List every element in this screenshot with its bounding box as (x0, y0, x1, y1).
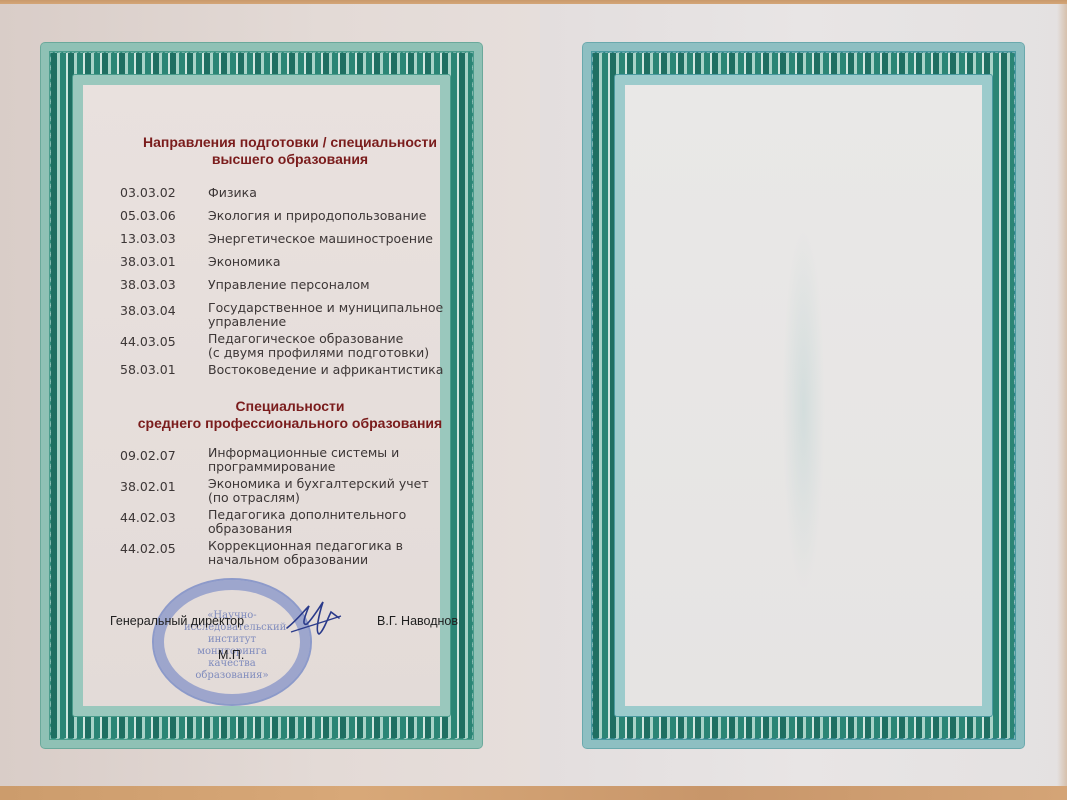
specialty-name: Управление персоналом (208, 278, 458, 292)
signatory-position: Генеральный директор (110, 614, 244, 628)
higher-education-heading: Направления подготовки / специальности в… (100, 134, 480, 168)
specialty-code: 38.03.03 (120, 278, 208, 292)
specialty-row: 44.02.05Коррекционная педагогика вначаль… (120, 539, 458, 567)
specialty-name-line: Государственное и муниципальное (208, 301, 458, 315)
specialty-code: 09.02.07 (120, 446, 208, 474)
specialty-name: Педагогика дополнительногообразования (208, 508, 458, 536)
specialty-name-line: Коррекционная педагогика в (208, 539, 458, 553)
specialty-name: Экономика (208, 255, 458, 269)
stamp-text-line: образования» (184, 670, 280, 682)
specialty-row: 38.03.04Государственное и муниципальноеу… (120, 301, 458, 329)
specialty-name: Экономика и бухгалтерский учет(по отрасл… (208, 477, 458, 505)
specialty-row: 38.02.01Экономика и бухгалтерский учет(п… (120, 477, 458, 505)
specialty-row: 09.02.07Информационные системы ипрограмм… (120, 446, 458, 474)
specialty-row: 38.03.01Экономика (120, 255, 458, 269)
specialty-name-line: Экономика (208, 255, 458, 269)
specialty-name-line: (с двумя профилями подготовки) (208, 346, 458, 360)
right-page-ornamental-frame (583, 43, 1024, 748)
specialty-name-line: начальном образовании (208, 553, 458, 567)
heading-line: высшего образования (100, 151, 480, 168)
specialty-row: 44.02.03Педагогика дополнительногообразо… (120, 508, 458, 536)
signatory-name: В.Г. Наводнов (377, 614, 458, 628)
specialty-row: 38.03.03Управление персоналом (120, 278, 458, 292)
specialty-code: 44.03.05 (120, 332, 208, 360)
specialty-name: Физика (208, 186, 458, 200)
specialty-name: Востоковедение и африкантистика (208, 363, 458, 377)
specialty-name: Энергетическое машиностроение (208, 232, 458, 246)
specialty-name-line: образования (208, 522, 458, 536)
specialty-name-line: (по отраслям) (208, 491, 458, 505)
specialty-code: 58.03.01 (120, 363, 208, 377)
stamp-text-line: институт (184, 634, 280, 646)
seal-placeholder-label: М.П. (218, 648, 244, 662)
specialty-name-line: Педагогическое образование (208, 332, 458, 346)
specialty-name-line: Экология и природопользование (208, 209, 458, 223)
specialty-row: 05.03.06Экология и природопользование (120, 209, 458, 223)
specialty-name: Информационные системы ипрограммирование (208, 446, 458, 474)
specialty-name-line: программирование (208, 460, 458, 474)
heading-line: среднего профессионального образования (100, 415, 480, 432)
specialty-code: 38.02.01 (120, 477, 208, 505)
secondary-education-heading: Специальности среднего профессионального… (100, 398, 480, 432)
heading-line: Направления подготовки / специальности (100, 134, 480, 151)
specialty-name-line: Востоковедение и африкантистика (208, 363, 458, 377)
specialty-name-line: Физика (208, 186, 458, 200)
specialty-name: Коррекционная педагогика вначальном обра… (208, 539, 458, 567)
specialty-code: 05.03.06 (120, 209, 208, 223)
specialty-name-line: Педагогика дополнительного (208, 508, 458, 522)
wooden-table-surface (0, 786, 1067, 800)
specialty-code: 44.02.05 (120, 539, 208, 567)
specialty-code: 44.02.03 (120, 508, 208, 536)
specialty-name-line: Энергетическое машиностроение (208, 232, 458, 246)
specialty-code: 38.03.04 (120, 301, 208, 329)
right-page-blank-area (625, 85, 982, 706)
specialty-name-line: Управление персоналом (208, 278, 458, 292)
specialty-name-line: Экономика и бухгалтерский учет (208, 477, 458, 491)
specialty-name: Педагогическое образование(с двумя профи… (208, 332, 458, 360)
specialty-row: 03.03.02Физика (120, 186, 458, 200)
specialty-code: 03.03.02 (120, 186, 208, 200)
specialty-row: 44.03.05Педагогическое образование(с дву… (120, 332, 458, 360)
specialty-name: Экология и природопользование (208, 209, 458, 223)
specialty-code: 13.03.03 (120, 232, 208, 246)
specialty-code: 38.03.01 (120, 255, 208, 269)
specialty-row: 13.03.03Энергетическое машиностроение (120, 232, 458, 246)
specialty-name: Государственное и муниципальноеуправлени… (208, 301, 458, 329)
signature-line: Генеральный директор В.Г. Наводнов (110, 614, 460, 632)
heading-line: Специальности (100, 398, 480, 415)
specialty-row: 58.03.01Востоковедение и африкантистика (120, 363, 458, 377)
specialty-name-line: управление (208, 315, 458, 329)
specialty-name-line: Информационные системы и (208, 446, 458, 460)
